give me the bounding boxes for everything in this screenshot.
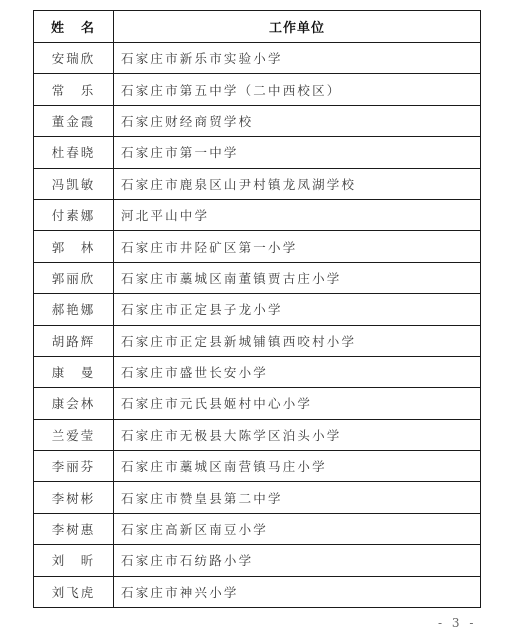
table-row: 刘 昕石家庄市石纺路小学 <box>34 545 481 576</box>
table-row: 付素娜河北平山中学 <box>34 199 481 230</box>
cell-name: 安瑞欣 <box>34 43 114 74</box>
header-work-unit: 工作单位 <box>114 11 481 43</box>
cell-work-unit: 石家庄市藁城区南营镇马庄小学 <box>114 451 481 482</box>
table-row: 冯凯敏石家庄市鹿泉区山尹村镇龙凤湖学校 <box>34 168 481 199</box>
cell-name: 胡路辉 <box>34 325 114 356</box>
cell-name: 刘飞虎 <box>34 576 114 607</box>
table-row: 兰爱莹石家庄市无极县大陈学区泊头小学 <box>34 419 481 450</box>
table-row: 郭丽欣石家庄市藁城区南董镇贾古庄小学 <box>34 262 481 293</box>
cell-name: 康会林 <box>34 388 114 419</box>
page-number: - 3 - <box>438 616 476 630</box>
table-row: 郭 林石家庄市井陉矿区第一小学 <box>34 231 481 262</box>
cell-work-unit: 石家庄市第一中学 <box>114 137 481 168</box>
table-row: 李树惠石家庄高新区南豆小学 <box>34 513 481 544</box>
cell-name: 付素娜 <box>34 199 114 230</box>
cell-work-unit: 石家庄财经商贸学校 <box>114 105 481 136</box>
table-row: 胡路辉石家庄市正定县新城铺镇西咬村小学 <box>34 325 481 356</box>
cell-work-unit: 石家庄市井陉矿区第一小学 <box>114 231 481 262</box>
table-row: 康 曼石家庄市盛世长安小学 <box>34 356 481 387</box>
cell-work-unit: 石家庄高新区南豆小学 <box>114 513 481 544</box>
cell-name: 杜春晓 <box>34 137 114 168</box>
cell-name: 李丽芬 <box>34 451 114 482</box>
table-row: 康会林石家庄市元氏县姬村中心小学 <box>34 388 481 419</box>
personnel-table: 姓 名 工作单位 安瑞欣石家庄市新乐市实验小学常 乐石家庄市第五中学（二中西校区… <box>33 10 481 608</box>
cell-name: 董金霞 <box>34 105 114 136</box>
table-header-row: 姓 名 工作单位 <box>34 11 481 43</box>
table-row: 董金霞石家庄财经商贸学校 <box>34 105 481 136</box>
cell-work-unit: 石家庄市新乐市实验小学 <box>114 43 481 74</box>
table-row: 李丽芬石家庄市藁城区南营镇马庄小学 <box>34 451 481 482</box>
cell-name: 郭 林 <box>34 231 114 262</box>
cell-work-unit: 石家庄市正定县新城铺镇西咬村小学 <box>114 325 481 356</box>
cell-name: 康 曼 <box>34 356 114 387</box>
cell-work-unit: 石家庄市元氏县姬村中心小学 <box>114 388 481 419</box>
table-row: 郝艳娜石家庄市正定县子龙小学 <box>34 294 481 325</box>
cell-work-unit: 河北平山中学 <box>114 199 481 230</box>
cell-name: 刘 昕 <box>34 545 114 576</box>
cell-work-unit: 石家庄市神兴小学 <box>114 576 481 607</box>
cell-work-unit: 石家庄市藁城区南董镇贾古庄小学 <box>114 262 481 293</box>
table-row: 杜春晓石家庄市第一中学 <box>34 137 481 168</box>
table-row: 常 乐石家庄市第五中学（二中西校区） <box>34 74 481 105</box>
cell-work-unit: 石家庄市第五中学（二中西校区） <box>114 74 481 105</box>
table-row: 刘飞虎石家庄市神兴小学 <box>34 576 481 607</box>
cell-work-unit: 石家庄市鹿泉区山尹村镇龙凤湖学校 <box>114 168 481 199</box>
header-name: 姓 名 <box>34 11 114 43</box>
cell-name: 兰爱莹 <box>34 419 114 450</box>
cell-name: 冯凯敏 <box>34 168 114 199</box>
cell-work-unit: 石家庄市赞皇县第二中学 <box>114 482 481 513</box>
cell-name: 李树惠 <box>34 513 114 544</box>
cell-work-unit: 石家庄市盛世长安小学 <box>114 356 481 387</box>
cell-name: 常 乐 <box>34 74 114 105</box>
cell-work-unit: 石家庄市石纺路小学 <box>114 545 481 576</box>
table-row: 安瑞欣石家庄市新乐市实验小学 <box>34 43 481 74</box>
cell-work-unit: 石家庄市无极县大陈学区泊头小学 <box>114 419 481 450</box>
cell-work-unit: 石家庄市正定县子龙小学 <box>114 294 481 325</box>
cell-name: 郭丽欣 <box>34 262 114 293</box>
table-body: 安瑞欣石家庄市新乐市实验小学常 乐石家庄市第五中学（二中西校区）董金霞石家庄财经… <box>34 43 481 608</box>
table-row: 李树彬石家庄市赞皇县第二中学 <box>34 482 481 513</box>
cell-name: 郝艳娜 <box>34 294 114 325</box>
cell-name: 李树彬 <box>34 482 114 513</box>
